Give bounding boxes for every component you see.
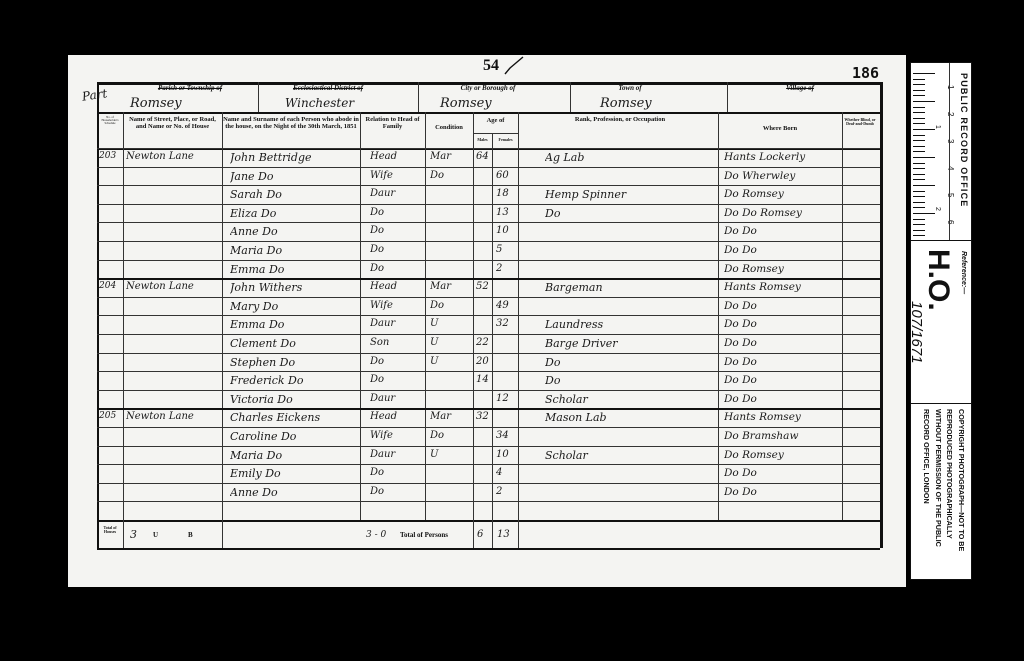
cell-street: Newton Lane: [126, 151, 221, 162]
cell-name: Victoria Do: [230, 393, 358, 406]
cell-name: Anne Do: [230, 225, 358, 238]
grid-line: [473, 520, 474, 548]
cell-schedule: 203: [99, 151, 123, 161]
grid-line: [222, 520, 223, 548]
col-males: Males: [473, 138, 492, 142]
grid-line: [518, 112, 519, 520]
ruler-tick: [913, 230, 925, 231]
ruler-tick: [913, 219, 925, 220]
ruler-tick: [913, 207, 925, 208]
cell-age-male: 52: [476, 281, 492, 292]
cell-age-male: 32: [476, 411, 492, 422]
grid-line: [360, 112, 361, 520]
cell-name: Anne Do: [230, 486, 358, 499]
ruler-tick: [913, 73, 935, 74]
cell-where-born: Do Do: [724, 337, 864, 349]
reference-code: H.O.: [921, 249, 955, 311]
row-line: [97, 315, 880, 316]
cell-relation: Daur: [370, 188, 424, 199]
total-tally: 3 - 0: [366, 530, 386, 540]
cell-where-born: Do Bramshaw: [724, 430, 864, 442]
cell-relation: Do: [370, 207, 424, 218]
cell-where-born: Do Do Romsey: [724, 207, 864, 219]
cell-name: Charles Eickens: [230, 411, 358, 424]
total-males: 6: [477, 529, 483, 540]
col-occupation: Rank, Profession, or Occupation: [560, 117, 680, 124]
ruler-scale-number: 5: [946, 193, 955, 197]
grid-line: [727, 82, 728, 112]
cell-condition: Mar: [430, 151, 472, 162]
ruler-tick: [913, 112, 925, 113]
cell-occupation: Scholar: [545, 393, 715, 406]
row-line: [97, 501, 880, 502]
cell-where-born: Do Do: [724, 356, 864, 368]
row-line: [97, 278, 880, 280]
col-relation: Relation to Head of Family: [361, 117, 424, 131]
cell-where-born: Do Do: [724, 244, 864, 256]
cell-relation: Head: [370, 281, 424, 292]
grid-line: [222, 112, 223, 520]
cell-name: John Bettridge: [230, 151, 358, 164]
row-line: [97, 446, 880, 447]
village-label: Village of: [770, 85, 830, 92]
cell-name: Frederick Do: [230, 374, 358, 387]
totals-separator: [97, 520, 880, 522]
cell-where-born: Do Do: [724, 300, 864, 312]
ruler-scale-number: 6: [946, 220, 955, 224]
row-line: [97, 148, 880, 149]
total-houses-value: 3: [130, 528, 137, 541]
cell-relation: Head: [370, 411, 424, 422]
cell-occupation: Bargeman: [545, 281, 715, 294]
cell-age-female: 4: [496, 467, 516, 478]
cell-relation: Do: [370, 467, 424, 478]
row-line: [97, 390, 880, 391]
grid-line: [570, 82, 571, 112]
cell-relation: Do: [370, 374, 424, 385]
check-mark-icon: [503, 56, 525, 76]
cell-where-born: Do Do: [724, 374, 864, 386]
district-label: Ecclesiastical District of: [268, 85, 388, 92]
folio-number: 186: [852, 64, 879, 82]
ruler-tick: [913, 90, 925, 91]
cell-condition: Do: [430, 300, 472, 311]
ruler-tick: [913, 123, 925, 124]
ruler-tick: [913, 140, 925, 141]
cell-schedule: 204: [99, 281, 123, 291]
building-label: B: [188, 532, 193, 539]
cell-where-born: Do Do: [724, 393, 864, 405]
borough-value: Romsey: [440, 96, 492, 111]
cell-relation: Do: [370, 486, 424, 497]
cell-relation: Wife: [370, 430, 424, 441]
row-line: [97, 483, 880, 484]
cell-relation: Wife: [370, 300, 424, 311]
copyright-notice: COPYRIGHT PHOTOGRAPH—NOT TO BE REPRODUCE…: [921, 409, 967, 574]
ruler-tick: [913, 151, 925, 152]
grid-line: [492, 133, 493, 520]
cell-age-female: 13: [496, 207, 516, 218]
reference-number: 107/1671: [908, 301, 925, 364]
cell-where-born: Do Romsey: [724, 263, 864, 275]
cell-age-female: 10: [496, 225, 516, 236]
cell-age-female: 2: [496, 486, 516, 497]
grid-line: [123, 520, 124, 548]
cell-street: Newton Lane: [126, 281, 221, 292]
cell-occupation: Do: [545, 356, 715, 369]
cell-condition: U: [430, 318, 472, 329]
cell-occupation: Ag Lab: [545, 151, 715, 164]
cell-relation: Daur: [370, 449, 424, 460]
row-line: [97, 204, 880, 205]
cell-occupation: Mason Lab: [545, 411, 715, 424]
parish-label: Parish or Township of: [140, 85, 240, 92]
cell-where-born: Do Wherwley: [724, 170, 864, 182]
ruler-tick: [913, 213, 935, 214]
cell-where-born: Do Romsey: [724, 449, 864, 461]
cell-relation: Son: [370, 337, 424, 348]
cell-age-male: 22: [476, 337, 492, 348]
grid-line: [473, 133, 518, 134]
cell-name: Maria Do: [230, 449, 358, 462]
cell-name: Eliza Do: [230, 207, 358, 220]
grid-line: [258, 82, 259, 112]
cell-name: Emma Do: [230, 263, 358, 276]
ruler-divider: [949, 63, 950, 240]
cell-street: Newton Lane: [126, 411, 221, 422]
ruler-scale-number: 2: [946, 112, 955, 116]
cell-relation: Daur: [370, 393, 424, 404]
total-females: 13: [497, 529, 510, 540]
cell-age-male: 64: [476, 151, 492, 162]
frame-top: [97, 82, 880, 85]
cell-where-born: Hants Romsey: [724, 411, 864, 423]
frame-bottom: [97, 548, 880, 550]
cell-condition: U: [430, 337, 472, 348]
ruler-inch-number: 2: [934, 207, 941, 211]
cell-age-female: 10: [496, 449, 516, 460]
cell-where-born: Do Romsey: [724, 188, 864, 200]
row-line: [97, 297, 880, 298]
cell-occupation: Barge Driver: [545, 337, 715, 350]
row-line: [97, 334, 880, 335]
ruler-tick: [913, 179, 925, 180]
ruler-tick: [913, 202, 925, 203]
cell-relation: Daur: [370, 318, 424, 329]
col-blind: Whether Blind, or Deaf-and-Dumb: [843, 118, 877, 126]
office-label: PUBLIC RECORD OFFICE: [959, 73, 969, 208]
row-line: [97, 371, 880, 372]
cell-relation: Head: [370, 151, 424, 162]
district-value: Winchester: [285, 96, 354, 110]
cell-name: Clement Do: [230, 337, 358, 350]
cell-where-born: Do Do: [724, 486, 864, 498]
town-label: Town of: [600, 85, 660, 92]
row-line: [97, 167, 880, 168]
cell-age-male: 20: [476, 356, 492, 367]
cell-name: Mary Do: [230, 300, 358, 313]
ruler-scale-number: 1: [946, 85, 955, 89]
ruler-tick: [913, 191, 925, 192]
cell-where-born: Do Do: [724, 225, 864, 237]
grid-line: [123, 112, 124, 520]
cell-name: Jane Do: [230, 170, 358, 183]
cell-age-female: 5: [496, 244, 516, 255]
ruler-tick: [913, 163, 925, 164]
grid-line: [425, 112, 426, 520]
cell-age-female: 2: [496, 263, 516, 274]
ruler-inch-number: 1: [934, 125, 941, 129]
cell-age-female: 49: [496, 300, 516, 311]
uninhabited-label: U: [153, 532, 158, 539]
parish-value: Romsey: [130, 96, 182, 111]
ruler-tick: [913, 174, 925, 175]
cell-condition: Mar: [430, 411, 472, 422]
ruler-tick: [913, 146, 925, 147]
cell-where-born: Hants Romsey: [724, 281, 864, 293]
cell-age-female: 12: [496, 393, 516, 404]
col-age: Age of: [473, 118, 518, 125]
cell-where-born: Do Do: [724, 318, 864, 330]
cell-age-female: 18: [496, 188, 516, 199]
col-street: Name of Street, Place, or Road, and Name…: [124, 117, 221, 131]
cell-relation: Do: [370, 225, 424, 236]
cell-relation: Do: [370, 244, 424, 255]
row-line: [97, 185, 880, 186]
cell-name: John Withers: [230, 281, 358, 294]
cell-condition: U: [430, 356, 472, 367]
grid-line: [718, 112, 719, 520]
col-where-born: Where Born: [720, 126, 840, 133]
cell-relation: Wife: [370, 170, 424, 181]
cell-where-born: Hants Lockerly: [724, 151, 864, 163]
ruler-scale-number: 3: [946, 139, 955, 143]
cell-age-female: 60: [496, 170, 516, 181]
cell-relation: Do: [370, 263, 424, 274]
cell-age-male: 14: [476, 374, 492, 385]
cell-condition: Do: [430, 430, 472, 441]
row-line: [97, 241, 880, 242]
col-schedule: No. of Householder's Schedule: [99, 116, 121, 125]
cell-occupation: Laundress: [545, 318, 715, 331]
row-line: [97, 260, 880, 261]
ruler-tick: [913, 107, 925, 108]
ruler-tick: [913, 185, 935, 186]
cell-name: Emily Do: [230, 467, 358, 480]
row-line: [97, 222, 880, 223]
cell-where-born: Do Do: [724, 467, 864, 479]
page-number: 54: [483, 58, 499, 75]
row-line: [97, 353, 880, 354]
grid-line: [518, 520, 519, 548]
borough-label: City or Borough of: [438, 85, 538, 92]
record-office-ruler: 12345612 PUBLIC RECORD OFFICE Reference:…: [910, 62, 972, 580]
grid-line: [473, 112, 474, 520]
cell-age-female: 34: [496, 430, 516, 441]
cell-occupation: Do: [545, 374, 715, 387]
ruler-tick: [913, 129, 935, 130]
ruler-tick: [913, 95, 925, 96]
grid-line: [97, 112, 880, 114]
col-name: Name and Surname of each Person who abod…: [223, 117, 359, 131]
col-condition: Condition: [426, 125, 472, 132]
cell-name: Stephen Do: [230, 356, 358, 369]
ruler-tick: [913, 196, 925, 197]
ruler-tick: [913, 224, 925, 225]
town-value: Romsey: [600, 96, 652, 111]
cell-name: Emma Do: [230, 318, 358, 331]
cell-age-female: 32: [496, 318, 516, 329]
ruler-tick: [913, 168, 925, 169]
cell-schedule: 205: [99, 411, 123, 421]
cell-occupation: Hemp Spinner: [545, 188, 715, 201]
cell-condition: Mar: [430, 281, 472, 292]
ruler-scale-number: 4: [946, 166, 955, 170]
grid-line: [418, 82, 419, 112]
cell-name: Maria Do: [230, 244, 358, 257]
ruler-tick: [913, 84, 925, 85]
cell-condition: Do: [430, 170, 472, 181]
ruler-tick: [913, 157, 935, 158]
ruler-tick: [913, 79, 925, 80]
ruler-tick: [913, 118, 925, 119]
cell-occupation: Do: [545, 207, 715, 220]
col-females: Females: [493, 138, 518, 142]
cell-occupation: Scholar: [545, 449, 715, 462]
row-line: [97, 408, 880, 410]
cell-name: Caroline Do: [230, 430, 358, 443]
cell-name: Sarah Do: [230, 188, 358, 201]
ruler-tick: [913, 235, 925, 236]
grid-line: [492, 520, 493, 548]
total-houses-label: Total of Houses: [98, 526, 122, 534]
ruler-tick: [913, 135, 925, 136]
cell-condition: U: [430, 449, 472, 460]
ruler-tick: [913, 101, 935, 102]
frame-right: [880, 82, 883, 548]
row-line: [97, 427, 880, 428]
row-line: [97, 464, 880, 465]
total-persons-label: Total of Persons: [400, 532, 448, 539]
reference-label: Reference:—: [960, 251, 967, 294]
cell-relation: Do: [370, 356, 424, 367]
